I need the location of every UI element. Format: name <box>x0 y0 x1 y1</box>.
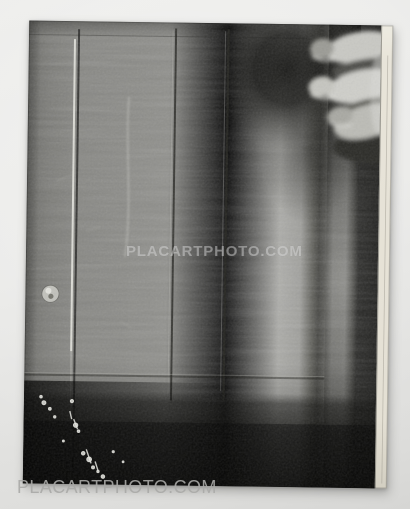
door-photo <box>23 20 393 488</box>
product-photo-backdrop: PLACARTPHOTO.COM PLACARTPHOTO.COM <box>0 0 410 509</box>
book-cover-photo <box>23 20 393 488</box>
photobook <box>23 20 393 488</box>
film-grain <box>23 20 381 488</box>
